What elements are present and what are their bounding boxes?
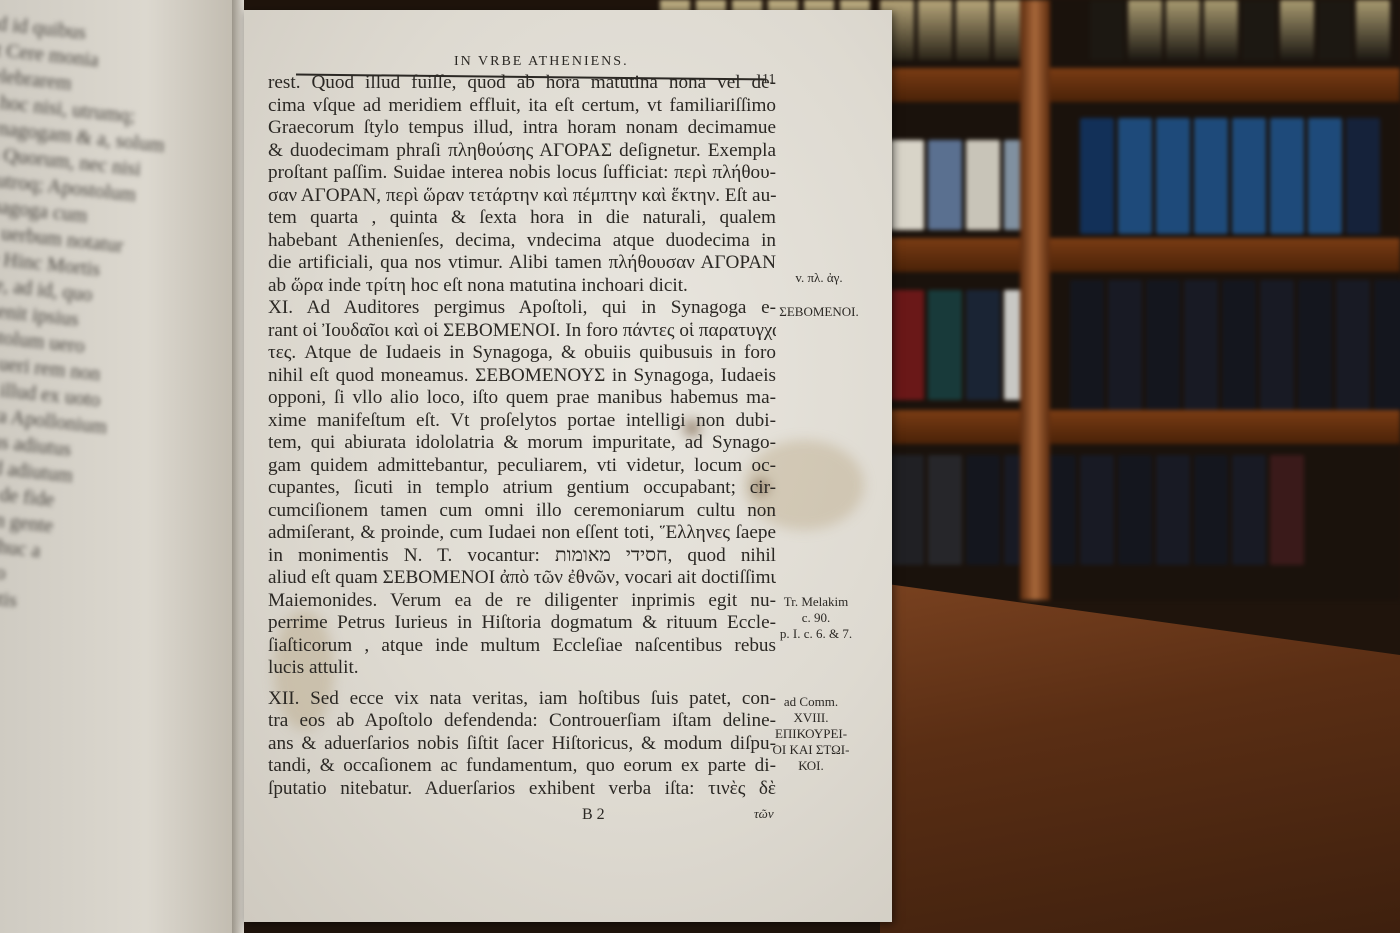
shelf-books-light <box>890 140 1038 230</box>
paragraph-xi-line: in monimentis N. T. vocantur: חסידי מאומ… <box>268 545 776 568</box>
page-body-text: rest. Quod illud fuiſſe, quod ab hora ma… <box>268 72 776 800</box>
text-line: rest. Quod illud fuiſſe, quod ab hora ma… <box>268 72 776 95</box>
paragraph-xi-line: opponi, ſi vllo alio loco, iſto quem pra… <box>268 387 776 410</box>
paragraph-xi-line: perrime Petrus Iurieus in Hiſtoria dogma… <box>268 612 776 635</box>
text-line: cima vſque ad meridiem effluit, ita eſt … <box>268 95 776 118</box>
left-page-text: ad id quibus xt Cere monia celebrarem at… <box>0 10 244 632</box>
paragraph-xi-line: gam quidem admittebantur, peculiarem, vt… <box>268 455 776 478</box>
paragraph-xi-line: tem, qui abiurata idololatria & morum im… <box>268 432 776 455</box>
paragraph-xi-line: Maiemonides. Verum ea de re diligenter i… <box>268 590 776 613</box>
paragraph-xi-line: admiſerant, & proinde, cum Iudaei non eſ… <box>268 522 776 545</box>
margin-note-melakim: Tr. Melakim c. 90. p. I. c. 6. & 7. <box>766 594 866 642</box>
running-head: IN VRBE ATHENIENS. <box>454 54 629 70</box>
left-page: ad id quibus xt Cere monia celebrarem at… <box>0 0 244 933</box>
paragraph-xi-line: τες. Atque de Iudaeis in Synagoga, & obu… <box>268 342 776 365</box>
wooden-desk <box>880 575 1400 933</box>
paragraph-xi-line: cupantes, ſicuti in templo atrium gentiu… <box>268 477 776 500</box>
top-shelf-books-right <box>1090 0 1390 60</box>
shelf-books-dark <box>1070 280 1400 410</box>
top-shelf-books <box>880 0 1028 60</box>
paragraph-xii-line: tandi, & occaſionem ac fundamentum, quo … <box>268 755 776 778</box>
text-line: σαν ΑΓΟΡΑΝ, περὶ ὥραν τετάρτην καὶ πέμπτ… <box>268 185 776 208</box>
shelf-books-mixed <box>890 290 1038 400</box>
shelf-post <box>1020 0 1050 600</box>
paragraph-xii-line: ſputatio nitebatur. Aduerſarios exhibent… <box>268 778 776 801</box>
text-line: & duodecimam phraſi πληθούσης ΑΓΟΡΑΣ deſ… <box>268 140 776 163</box>
text-line: ab ὥρα inde τρίτη hoc eſt nona matutina … <box>268 275 776 298</box>
text-line: Graecorum ſtylo tempus illud, intra hora… <box>268 117 776 140</box>
margin-note: ΣΕΒΟΜΕΝΟΙ. <box>774 304 864 320</box>
text-line: habebant Athenienſes, decima, vndecima a… <box>268 230 776 253</box>
paragraph-xii-line: ans & aduerſarios nobis ſiſtit ſacer Hiſ… <box>268 733 776 756</box>
text-line: proſtant paſſim. Suidae interea nobis lo… <box>268 162 776 185</box>
book-gutter <box>232 0 244 933</box>
shelf-plank <box>880 410 1400 444</box>
paragraph-xi-line: XI. Ad Auditores pergimus Apoſtoli, qui … <box>268 297 776 320</box>
right-page: IN VRBE ATHENIENS. 11 rest. Quod illud f… <box>244 10 892 922</box>
shelf-plank <box>880 238 1400 272</box>
shelf-books-blue <box>1080 118 1380 234</box>
paragraph-xii-line: XII. Sed ecce vix nata veritas, iam hoſt… <box>268 688 776 711</box>
paragraph-xi-line: xime manifeſtum eſt. Vt proſelytos porta… <box>268 410 776 433</box>
text-line: die artificiali, qua nos vtimur. Alibi t… <box>268 252 776 275</box>
paragraph-xi-line: nihil eſt quod moneamus. ΣΕΒΟΜΕΝΟΥΣ in S… <box>268 365 776 388</box>
signature-mark: B 2 <box>582 806 605 824</box>
catchword: τῶν <box>754 806 774 822</box>
paragraph-xi-line: cumciſionem tamen cum omni illo ceremoni… <box>268 500 776 523</box>
text-line: tem quarta , quinta & ſexta hora in die … <box>268 207 776 230</box>
margin-note-comm: ad Comm. XVIII. ΕΠΙΚΟΥΡΕΙ- ΟΙ ΚΑΙ ΣΤΩΙ- … <box>766 694 856 774</box>
margin-note: v. πλ. ἀγ. <box>784 270 854 286</box>
shelf-books-bottom <box>890 455 1304 565</box>
paragraph-xii-line: tra eos ab Apoſtolo defendenda: Controue… <box>268 710 776 733</box>
paragraph-xi-line: aliud eſt quam ΣΕΒΟΜΕΝΟΙ ἀπὸ τῶν ἐθνῶν, … <box>268 567 776 590</box>
bookshelf-background <box>880 0 1400 600</box>
paragraph-xi-line: rant οἱ Ἰουδαῖοι καὶ οἱ ΣΕΒΟΜΕΝΟΙ. In fo… <box>268 320 776 343</box>
paragraph-xi-line: lucis attulit. <box>268 657 776 680</box>
shelf-plank <box>880 68 1400 102</box>
photo-scene: ad id quibus xt Cere monia celebrarem at… <box>0 0 1400 933</box>
paragraph-xi-line: ſiaſticorum , atque inde multum Eccleſia… <box>268 635 776 658</box>
